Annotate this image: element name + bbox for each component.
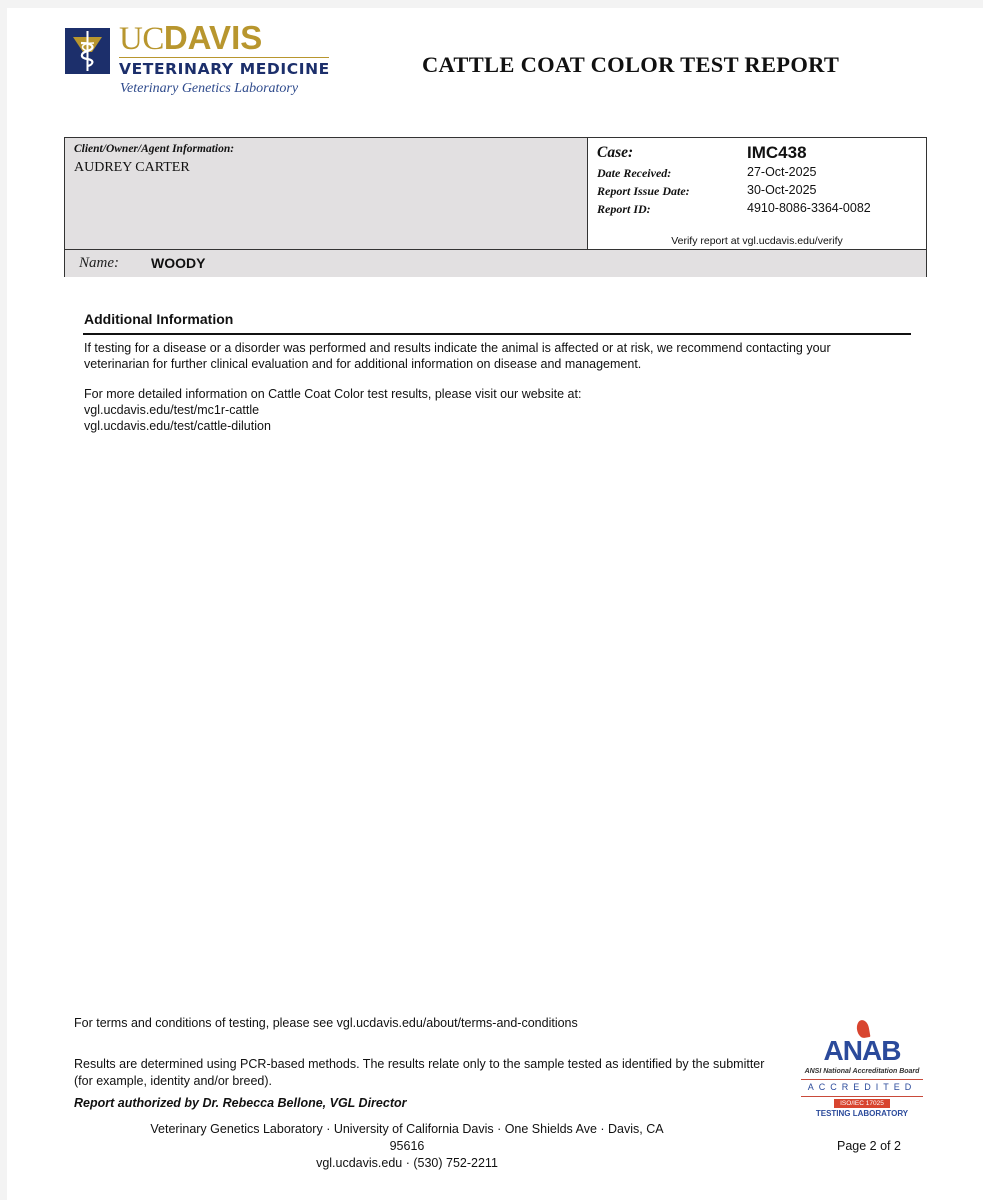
website-info-text: For more detailed information on Cattle … [84, 386, 581, 402]
methods-line-1: Results are determined using PCR-based m… [74, 1056, 764, 1073]
page-number: Page 2 of 2 [837, 1139, 901, 1153]
logo-davis-text: DAVIS [164, 19, 262, 56]
client-info-cell: Client/Owner/Agent Information: AUDREY C… [65, 138, 588, 249]
logo-lab: Veterinary Genetics Laboratory [120, 80, 298, 98]
date-received-label: Date Received: [597, 166, 671, 181]
authorization-statement: Report authorized by Dr. Rebecca Bellone… [74, 1096, 407, 1110]
terms-text: For terms and conditions of testing, ple… [74, 1015, 578, 1032]
anab-standard: ISO/IEC 17025 [834, 1099, 890, 1108]
case-number: IMC438 [747, 143, 807, 163]
additional-info-divider [83, 333, 911, 335]
anab-wordmark: ANAB [797, 1036, 927, 1066]
caduceus-icon [65, 28, 110, 74]
report-page: UCDAVIS VETERINARY MEDICINE Veterinary G… [7, 8, 983, 1200]
report-id-value: 4910-8086-3364-0082 [747, 201, 871, 215]
lab-address: Veterinary Genetics Laboratory · Univers… [147, 1121, 667, 1172]
anab-accredited: ACCREDITED [797, 1082, 927, 1092]
verify-report-link[interactable]: Verify report at vgl.ucdavis.edu/verify [588, 235, 926, 247]
report-id-label: Report ID: [597, 202, 651, 217]
report-title: CATTLE COAT COLOR TEST REPORT [422, 52, 839, 78]
anab-divider-bottom [801, 1096, 923, 1097]
case-info-box: Client/Owner/Agent Information: AUDREY C… [64, 137, 927, 277]
client-name: AUDREY CARTER [74, 160, 190, 176]
animal-name-value: WOODY [151, 255, 205, 271]
animal-name-label: Name: [79, 255, 119, 272]
link-cattle-dilution[interactable]: vgl.ucdavis.edu/test/cattle-dilution [84, 418, 271, 434]
anab-divider-top [801, 1079, 923, 1080]
logo-school: VETERINARY MEDICINE [119, 59, 330, 79]
animal-name-row: Name: WOODY [65, 249, 926, 277]
anab-accreditation-badge: ANAB ANSI National Accreditation Board A… [797, 1020, 932, 1135]
client-label: Client/Owner/Agent Information: [74, 143, 234, 155]
case-label: Case: [597, 144, 633, 162]
issue-date-label: Report Issue Date: [597, 184, 690, 199]
anab-lab-type: TESTING LABORATORY [797, 1109, 927, 1118]
issue-date-value: 30-Oct-2025 [747, 183, 816, 197]
address-line-2: vgl.ucdavis.edu · (530) 752-2211 [147, 1155, 667, 1172]
anab-board-name: ANSI National Accreditation Board [797, 1068, 927, 1075]
case-details-cell: Case: IMC438 Date Received: 27-Oct-2025 … [588, 138, 926, 249]
recommendation-line-2: veterinarian for further clinical evalua… [84, 356, 641, 372]
methods-line-2: (for example, identity and/or breed). [74, 1073, 272, 1090]
logo-divider [119, 57, 329, 58]
link-mc1r-cattle[interactable]: vgl.ucdavis.edu/test/mc1r-cattle [84, 402, 259, 418]
recommendation-line-1: If testing for a disease or a disorder w… [84, 340, 831, 356]
address-line-1: Veterinary Genetics Laboratory · Univers… [147, 1121, 667, 1155]
additional-info-heading: Additional Information [84, 311, 233, 327]
logo-ucdavis: UCDAVIS [119, 20, 262, 57]
logo-uc-text: UC [119, 21, 164, 57]
date-received-value: 27-Oct-2025 [747, 165, 816, 179]
